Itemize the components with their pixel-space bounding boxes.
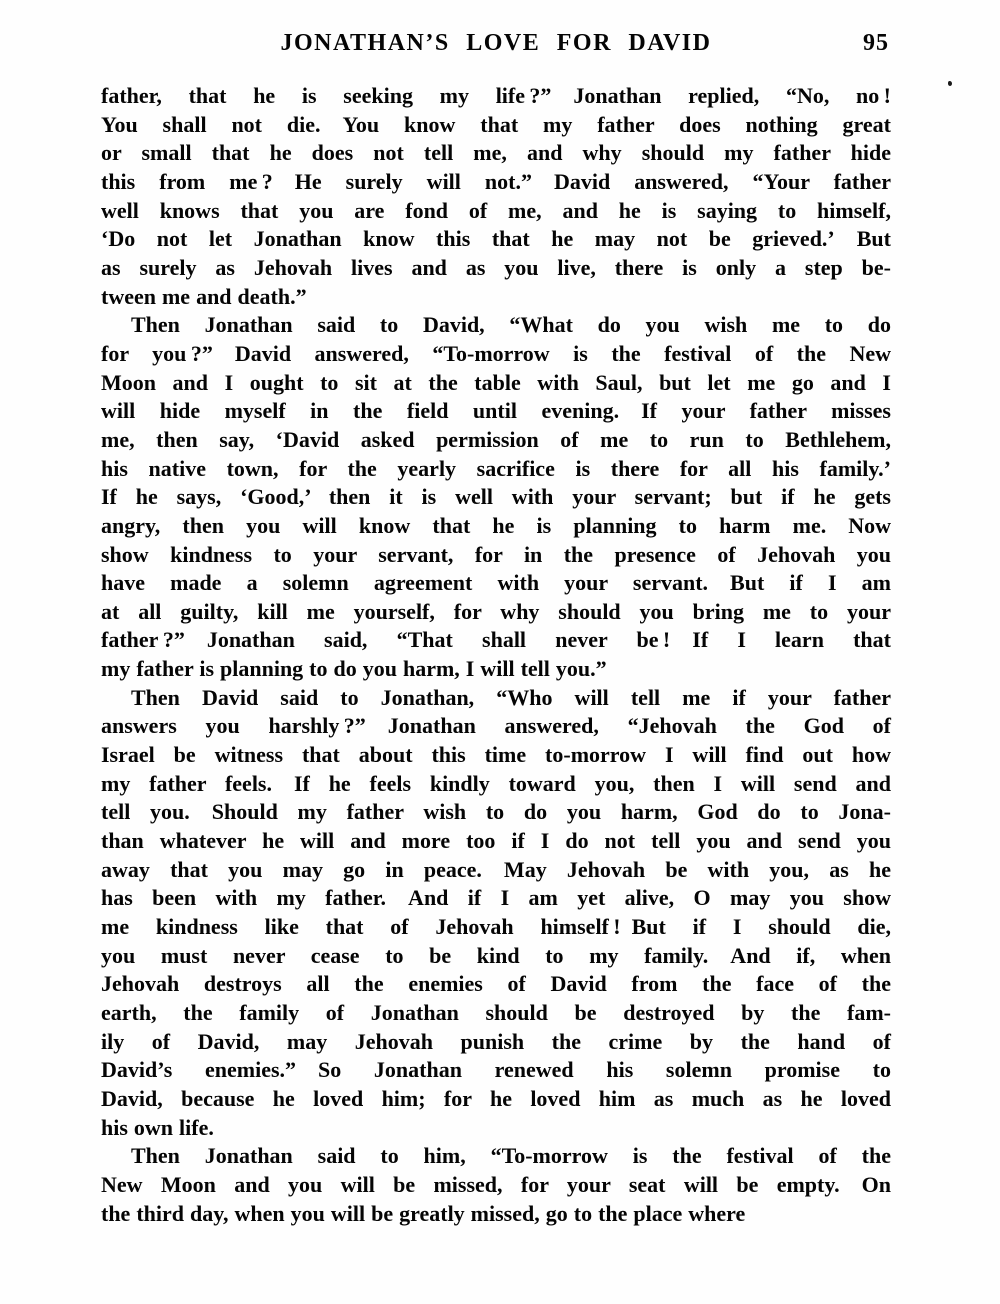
running-header: JONATHAN’S LOVE FOR DAVID 95 xyxy=(101,30,891,58)
text-line: my father is planning to do you harm, I … xyxy=(101,655,891,684)
text-line: you must never cease to be kind to my fa… xyxy=(101,942,891,971)
text-line: me kindness like that of Jehovah himself… xyxy=(101,913,891,942)
paragraph: Then Jonathan said to him, “To-morrow is… xyxy=(101,1142,891,1228)
text-line: me, then say, ‘David asked permission of… xyxy=(101,426,891,455)
text-line: father ?” Jonathan said, “That shall nev… xyxy=(101,626,891,655)
text-line: the third day, when you will be greatly … xyxy=(101,1200,891,1229)
text-line: Then Jonathan said to David, “What do yo… xyxy=(101,311,891,340)
text-line: angry, then you will know that he is pla… xyxy=(101,512,891,541)
paragraph: Then David said to Jonathan, “Who will t… xyxy=(101,684,891,1143)
text-line: for you ?” David answered, “To-morrow is… xyxy=(101,340,891,369)
text-line: David, because he loved him; for he love… xyxy=(101,1085,891,1114)
text-line: his native town, for the yearly sacrific… xyxy=(101,455,891,484)
page-number: 95 xyxy=(863,30,889,57)
text-line: this from me ? He surely will not.” Davi… xyxy=(101,168,891,197)
text-line: at all guilty, kill me yourself, for why… xyxy=(101,598,891,627)
text-line: tween me and death.” xyxy=(101,283,891,312)
text-line: as surely as Jehovah lives and as you li… xyxy=(101,254,891,283)
text-line: Jehovah destroys all the enemies of Davi… xyxy=(101,970,891,999)
page-body: father, that he is seeking my life ?” Jo… xyxy=(101,82,891,1228)
text-line: ‘Do not let Jonathan know this that he m… xyxy=(101,225,891,254)
book-page: JONATHAN’S LOVE FOR DAVID 95 father, tha… xyxy=(0,0,1000,1304)
paragraph: Then Jonathan said to David, “What do yo… xyxy=(101,311,891,684)
text-line: David’s enemies.” So Jonathan renewed hi… xyxy=(101,1056,891,1085)
text-line: tell you. Should my father wish to do yo… xyxy=(101,798,891,827)
paragraph: father, that he is seeking my life ?” Jo… xyxy=(101,82,891,311)
text-line: answers you harshly ?” Jonathan answered… xyxy=(101,712,891,741)
text-line: his own life. xyxy=(101,1114,891,1143)
text-line: New Moon and you will be missed, for you… xyxy=(101,1171,891,1200)
text-line: than whatever he will and more too if I … xyxy=(101,827,891,856)
text-line: or small that he does not tell me, and w… xyxy=(101,139,891,168)
text-line: my father feels. If he feels kindly towa… xyxy=(101,770,891,799)
text-line: father, that he is seeking my life ?” Jo… xyxy=(101,82,891,111)
text-line: show kindness to your servant, for in th… xyxy=(101,541,891,570)
scan-speck xyxy=(948,81,952,86)
text-line: has been with my father. And if I am yet… xyxy=(101,884,891,913)
text-line: Then David said to Jonathan, “Who will t… xyxy=(101,684,891,713)
text-line: Israel be witness that about this time t… xyxy=(101,741,891,770)
text-line: earth, the family of Jonathan should be … xyxy=(101,999,891,1028)
page-title: JONATHAN’S LOVE FOR DAVID xyxy=(101,30,891,57)
text-line: well knows that you are fond of me, and … xyxy=(101,197,891,226)
text-line: will hide myself in the field until even… xyxy=(101,397,891,426)
text-line: If he says, ‘Good,’ then it is well with… xyxy=(101,483,891,512)
text-line: Then Jonathan said to him, “To-morrow is… xyxy=(101,1142,891,1171)
text-line: ily of David, may Jehovah punish the cri… xyxy=(101,1028,891,1057)
text-line: have made a solemn agreement with your s… xyxy=(101,569,891,598)
text-line: away that you may go in peace. May Jehov… xyxy=(101,856,891,885)
text-line: You shall not die. You know that my fath… xyxy=(101,111,891,140)
text-line: Moon and I ought to sit at the table wit… xyxy=(101,369,891,398)
